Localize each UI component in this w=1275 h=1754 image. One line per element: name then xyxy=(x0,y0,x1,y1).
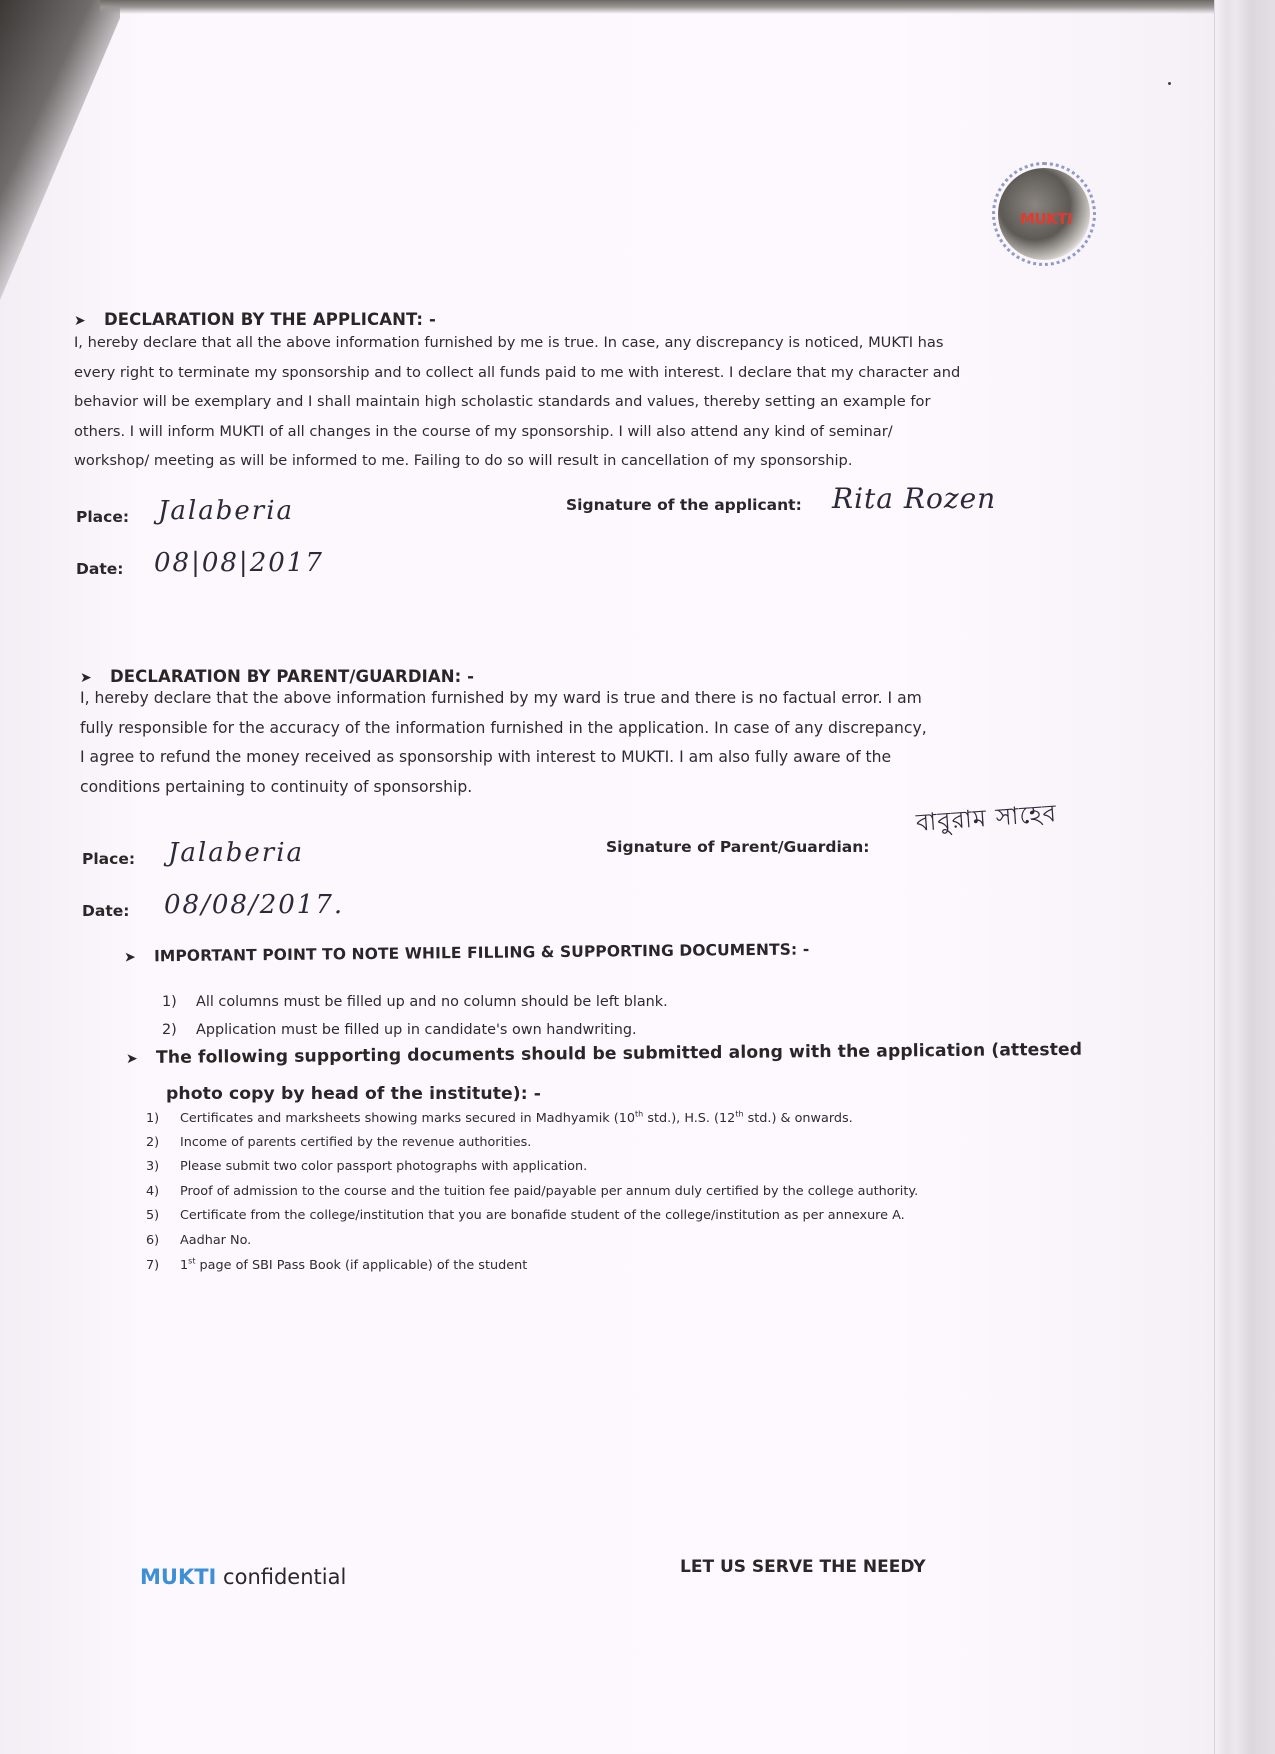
applicant-declaration-text: I, hereby declare that all the above inf… xyxy=(74,328,960,476)
applicant-date-label: Date: xyxy=(76,560,123,578)
guardian-date-value: 08/08/2017. xyxy=(164,890,344,920)
guardian-signature-label: Signature of Parent/Guardian: xyxy=(606,838,869,856)
important-point-item: 1)All columns must be filled up and no c… xyxy=(162,994,668,1010)
list-number: 2) xyxy=(162,1022,196,1038)
applicant-declaration-line: I, hereby declare that all the above inf… xyxy=(74,328,960,358)
footer-tagline: LET US SERVE THE NEEDY xyxy=(680,1557,926,1577)
guardian-declaration-line: fully responsible for the accuracy of th… xyxy=(80,713,927,743)
important-point-item: 2)Application must be filled up in candi… xyxy=(162,1022,637,1038)
footer-confidential-text: confidential xyxy=(216,1565,346,1589)
list-number: 1) xyxy=(162,994,196,1010)
guardian-declaration-text: I, hereby declare that the above informa… xyxy=(80,683,927,801)
list-text: Proof of admission to the course and the… xyxy=(180,1184,918,1199)
list-number: 3) xyxy=(146,1159,180,1174)
supporting-document-item: 3)Please submit two color passport photo… xyxy=(146,1159,587,1174)
list-number: 2) xyxy=(146,1135,180,1150)
applicant-declaration-line: workshop/ meeting as will be informed to… xyxy=(74,446,960,476)
list-text: Aadhar No. xyxy=(180,1233,251,1248)
applicant-date-value: 08|08|2017 xyxy=(154,548,324,578)
applicant-signature: Rita Rozen xyxy=(832,482,996,515)
page-stack-edge xyxy=(1214,0,1275,1754)
guardian-place-label: Place: xyxy=(82,850,135,868)
supporting-document-item: 6)Aadhar No. xyxy=(146,1233,251,1248)
guardian-declaration-line: I, hereby declare that the above informa… xyxy=(80,683,927,713)
list-number: 7) xyxy=(146,1258,180,1273)
list-text: Please submit two color passport photogr… xyxy=(180,1159,587,1174)
supporting-documents-heading-cont: photo copy by head of the institute): - xyxy=(166,1084,541,1104)
scan-speck xyxy=(1168,82,1171,85)
applicant-declaration-line: behavior will be exemplary and I shall m… xyxy=(74,387,960,417)
arrow-bullet-icon: ➤ xyxy=(74,313,104,329)
supporting-document-item: 4)Proof of admission to the course and t… xyxy=(146,1184,918,1199)
list-text: Certificate from the college/institution… xyxy=(180,1208,905,1223)
scan-top-edge xyxy=(100,0,1275,14)
supporting-document-item: 5)Certificate from the college/instituti… xyxy=(146,1208,905,1223)
guardian-place-value: Jalaberia xyxy=(168,838,304,868)
list-text: Application must be filled up in candida… xyxy=(196,1022,637,1038)
list-number: 1) xyxy=(146,1111,180,1126)
supporting-document-item: 7)1st page of SBI Pass Book (if applicab… xyxy=(146,1257,527,1273)
arrow-bullet-icon: ➤ xyxy=(124,949,154,965)
supporting-document-item: 1)Certificates and marksheets showing ma… xyxy=(146,1110,853,1126)
applicant-declaration-line: every right to terminate my sponsorship … xyxy=(74,358,960,388)
applicant-signature-label: Signature of the applicant: xyxy=(566,496,802,514)
arrow-bullet-icon: ➤ xyxy=(126,1051,156,1067)
applicant-place-label: Place: xyxy=(76,508,129,526)
list-text: 1st page of SBI Pass Book (if applicable… xyxy=(180,1258,527,1273)
guardian-declaration-line: I agree to refund the money received as … xyxy=(80,742,927,772)
list-number: 4) xyxy=(146,1184,180,1199)
list-number: 5) xyxy=(146,1208,180,1223)
footer-brand: MUKTI xyxy=(140,1565,216,1589)
list-number: 6) xyxy=(146,1233,180,1248)
applicant-place-value: Jalaberia xyxy=(158,496,294,526)
list-text: Income of parents certified by the reven… xyxy=(180,1135,531,1150)
applicant-declaration-line: others. I will inform MUKTI of all chang… xyxy=(74,417,960,447)
logo-text: MUKTI xyxy=(1020,210,1072,228)
guardian-date-label: Date: xyxy=(82,902,129,920)
footer-confidential: MUKTI confidential xyxy=(140,1565,346,1589)
list-text: All columns must be filled up and no col… xyxy=(196,994,668,1010)
applicant-declaration-heading: ➤DECLARATION BY THE APPLICANT: - xyxy=(74,310,436,329)
supporting-document-item: 2)Income of parents certified by the rev… xyxy=(146,1135,531,1150)
guardian-declaration-line: conditions pertaining to continuity of s… xyxy=(80,772,927,802)
scanned-page-background xyxy=(0,0,1275,1754)
list-text: Certificates and marksheets showing mark… xyxy=(180,1111,853,1126)
